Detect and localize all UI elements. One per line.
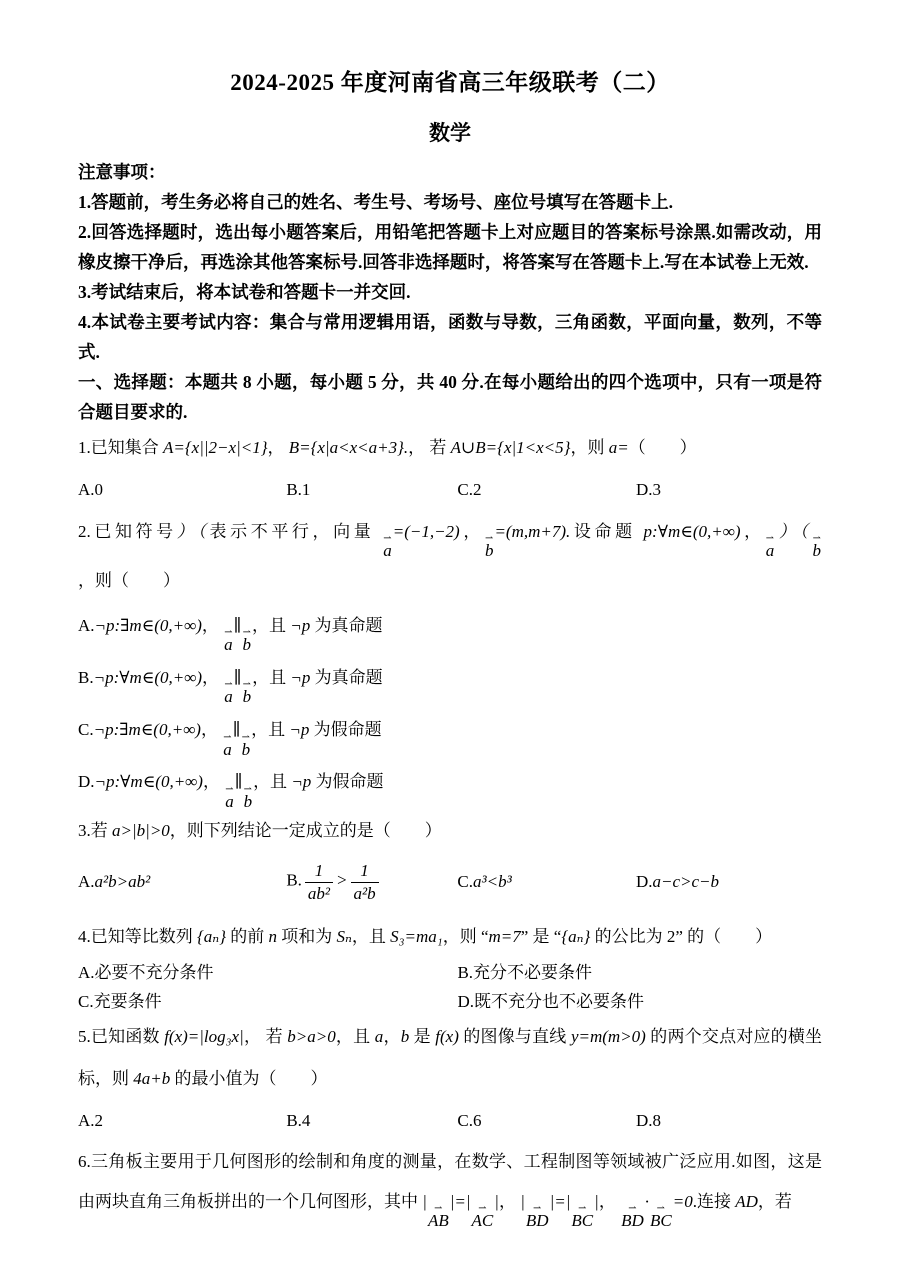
math-segment: ∥ <box>234 616 242 635</box>
text-segment: C. <box>78 720 94 739</box>
math-segment: a= <box>609 438 629 457</box>
text-segment: ，则 <box>570 438 608 457</box>
fraction-denominator: ab² <box>305 882 333 904</box>
text-segment: B. <box>78 668 94 687</box>
math-segment: 4a+b <box>133 1069 170 1088</box>
vector-AC: ⇀AC <box>472 1205 494 1230</box>
math-segment: a²b>ab² <box>95 872 151 891</box>
text-segment: 设命题 <box>570 522 643 541</box>
question-4-option-c: C.充要条件 <box>78 987 457 1016</box>
section-one-header: 一、选择题：本题共 8 小题，每小题 5 分，共 40 分.在每小题给出的四个选… <box>78 367 822 427</box>
math-segment: {aₙ} <box>197 927 226 946</box>
text-segment: ， 若 <box>408 438 451 457</box>
text-segment: ， <box>203 772 224 791</box>
question-4: 4.已知等比数列 {aₙ} 的前 n 项和为 Sₙ，且 S₃=ma₁，则 “m=… <box>78 916 822 1016</box>
vector-letters: BD <box>526 1212 549 1230</box>
math-segment: y=m(m>0) <box>571 1027 646 1046</box>
vector-b: ⇀b <box>242 734 251 759</box>
text-segment: ，若 <box>758 1192 792 1211</box>
math-segment: {aₙ} <box>561 927 590 946</box>
text-segment: ，则 “ <box>443 927 489 946</box>
question-5-option-c: C.6 <box>457 1100 636 1142</box>
question-5-option-d: D.8 <box>636 1100 822 1142</box>
text-segment: ，且 <box>252 668 290 687</box>
vector-letters: b <box>813 542 822 560</box>
math-segment: m=7 <box>489 927 521 946</box>
question-1: 1.已知集合 A={x||2−x|<1}， B={x|a<x<a+3}.， 若 … <box>78 427 822 511</box>
text-segment: 为真命题 <box>310 616 382 635</box>
math-segment: |=| <box>550 1192 571 1211</box>
vector-letters: b <box>243 688 252 706</box>
notice-header: 注意事项： <box>78 157 822 187</box>
vector-BC: ⇀BC <box>571 1205 593 1230</box>
text-segment: 是 <box>409 1027 435 1046</box>
text-segment: 5.已知函数 <box>78 1027 164 1046</box>
math-segment: | <box>520 1192 525 1211</box>
math-segment: | <box>422 1192 427 1211</box>
vector-a: ⇀a <box>224 629 233 654</box>
math-segment: · <box>645 1192 649 1211</box>
text-segment: 为假命题 <box>309 720 381 739</box>
question-6-stem: 6.三角板主要用于几何图形的绘制和角度的测量，在数学、工程制图等领域被广泛应用.… <box>78 1142 822 1230</box>
vector-letters: BC <box>650 1212 672 1230</box>
math-segment: ¬p:∃m∈(0,+∞) <box>94 720 201 739</box>
text-segment: 3.若 <box>78 821 112 840</box>
question-2-stem: 2.已知符号）（表示不平行，向量 ⇀a=(−1,−2)，⇀b=(m,m+7).设… <box>78 511 822 602</box>
question-2-option-d: D.¬p:∀m∈(0,+∞)， ⇀a∥⇀b，且 ¬p 为假命题 <box>78 758 822 810</box>
text-segment: ， 若 <box>244 1027 288 1046</box>
math-segment: a <box>375 1027 384 1046</box>
text-segment: 表示不平行，向量 <box>210 522 383 541</box>
text-segment: 项和为 <box>277 927 337 946</box>
question-1-option-b: B.1 <box>286 469 457 511</box>
vector-letters: a <box>224 688 233 706</box>
question-1-options: A.0 B.1 C.2 D.3 <box>78 469 822 511</box>
vector-letters: a <box>766 542 775 560</box>
text-segment: A. <box>78 872 95 891</box>
exam-subject-title: 数学 <box>78 117 822 147</box>
question-1-option-a: A.0 <box>78 469 286 511</box>
notice-section: 注意事项： 1.答题前，考生务必将自己的姓名、考生号、考场号、座位号填写在答题卡… <box>78 157 822 367</box>
vector-letters: a <box>223 741 232 759</box>
math-segment: ）（ <box>177 522 210 541</box>
question-3: 3.若 a>|b|>0，则下列结论一定成立的是（ ） A.a²b>ab² B.1… <box>78 810 822 916</box>
question-4-stem: 4.已知等比数列 {aₙ} 的前 n 项和为 Sₙ，且 S₃=ma₁，则 “m=… <box>78 916 822 958</box>
text-segment: ， <box>383 1027 400 1046</box>
fraction: 1a²b <box>351 860 379 904</box>
math-segment: ¬p <box>290 616 310 635</box>
math-segment: {x||2−x|<1} <box>185 438 268 457</box>
vector-AB: ⇀AB <box>428 1205 449 1230</box>
text-segment: ，则（ ） <box>78 571 180 590</box>
vector-a: ⇀a <box>223 734 232 759</box>
vector-b: ⇀b <box>243 629 252 654</box>
text-segment: A. <box>78 616 95 635</box>
question-4-option-b: B.充分不必要条件 <box>457 958 822 987</box>
vector-letters: BD <box>621 1212 644 1230</box>
vector-letters: b <box>485 542 494 560</box>
question-1-option-d: D.3 <box>636 469 822 511</box>
question-3-option-b: B.1ab²>1a²b <box>286 860 457 904</box>
math-segment: ∥ <box>235 772 243 791</box>
question-3-stem: 3.若 a>|b|>0，则下列结论一定成立的是（ ） <box>78 810 822 852</box>
vector-letters: a <box>224 636 233 654</box>
math-segment: ¬p <box>289 720 309 739</box>
question-4-options: A.必要不充分条件 B.充分不必要条件 C.充要条件 D.既不充分也不必要条件 <box>78 958 822 1016</box>
vector-letters: AC <box>472 1212 494 1230</box>
notice-item-1: 1.答题前，考生务必将自己的姓名、考生号、考场号、座位号填写在答题卡上. <box>78 187 822 217</box>
question-5-stem: 5.已知函数 f(x)=|log₃x|， 若 b>a>0，且 a，b 是 f(x… <box>78 1016 822 1100</box>
math-segment: A∪B={x|1<x<5} <box>451 438 571 457</box>
math-segment: =(m,m+7). <box>494 522 570 541</box>
question-3-option-d: D.a−c>c−b <box>636 871 822 894</box>
text-segment: ， <box>202 668 223 687</box>
text-segment: ， <box>741 522 765 541</box>
text-segment: ， <box>499 1192 520 1211</box>
vector-a: ⇀a <box>224 681 233 706</box>
vector-letters: b <box>242 741 251 759</box>
fraction-numerator: 1 <box>313 860 326 881</box>
question-5-option-a: A.2 <box>78 1100 286 1142</box>
text-segment: 2.已知符号 <box>78 522 177 541</box>
text-segment: ， <box>460 522 484 541</box>
fraction-numerator: 1 <box>358 860 371 881</box>
question-2-option-b: B.¬p:∀m∈(0,+∞)， ⇀a∥⇀b，且 ¬p 为真命题 <box>78 654 822 706</box>
text-segment: 的前 <box>226 927 269 946</box>
math-segment: AD <box>735 1192 758 1211</box>
text-segment: D. <box>636 872 653 891</box>
vector-BC: ⇀BC <box>650 1205 672 1230</box>
question-3-option-c: C.a³<b³ <box>457 871 636 894</box>
text-segment: D. <box>78 772 95 791</box>
text-segment: 的公比为 2” 的（ ） <box>590 927 772 946</box>
text-segment: ，则下列结论一定成立的是（ ） <box>170 821 442 840</box>
math-segment: ¬p:∃m∈(0,+∞) <box>95 616 202 635</box>
vector-b: ⇀b <box>243 681 252 706</box>
vector-letters: b <box>244 793 253 811</box>
text-segment: 的最小值为（ ） <box>170 1069 327 1088</box>
question-5: 5.已知函数 f(x)=|log₃x|， 若 b>a>0，且 a，b 是 f(x… <box>78 1016 822 1142</box>
question-4-option-a: A.必要不充分条件 <box>78 958 457 987</box>
question-3-option-a: A.a²b>ab² <box>78 871 286 894</box>
text-segment: C. <box>457 872 473 891</box>
text-segment: 1.已知集合 <box>78 438 163 457</box>
question-1-stem: 1.已知集合 A={x||2−x|<1}， B={x|a<x<a+3}.， 若 … <box>78 427 822 469</box>
text-segment: ，且 <box>352 927 390 946</box>
question-5-options: A.2 B.4 C.6 D.8 <box>78 1100 822 1142</box>
text-segment: ，且 <box>251 720 289 739</box>
math-segment: a−c>c−b <box>653 872 720 891</box>
text-segment: （ ） <box>629 438 697 457</box>
vector-b: ⇀b <box>485 535 494 560</box>
math-segment: ∥ <box>233 720 241 739</box>
text-segment: .连接 <box>693 1192 736 1211</box>
question-4-option-d: D.既不充分也不必要条件 <box>457 987 822 1016</box>
math-segment: a³<b³ <box>473 872 512 891</box>
math-segment: =(−1,−2) <box>393 522 460 541</box>
math-segment: b>a>0 <box>287 1027 335 1046</box>
math-segment: Sₙ <box>337 927 352 946</box>
vector-letters: a <box>383 542 392 560</box>
math-segment: n <box>269 927 278 946</box>
question-2-option-a: A.¬p:∃m∈(0,+∞)， ⇀a∥⇀b，且 ¬p 为真命题 <box>78 602 822 654</box>
fraction: 1ab² <box>305 860 333 904</box>
math-segment: B={x|a<x<a+3}. <box>289 438 408 457</box>
math-segment: ∥ <box>234 668 242 687</box>
question-5-option-b: B.4 <box>286 1100 457 1142</box>
vector-letters: AB <box>428 1212 449 1230</box>
notice-item-3: 3.考试结束后，将本试卷和答题卡一并交回. <box>78 277 822 307</box>
vector-letters: BC <box>571 1212 593 1230</box>
math-segment: |=| <box>450 1192 471 1211</box>
vector-BD: ⇀BD <box>526 1205 549 1230</box>
vector-b: ⇀b <box>244 786 253 811</box>
vector-a: ⇀a <box>383 535 392 560</box>
math-segment: f(x)=|log₃x| <box>164 1027 244 1046</box>
text-segment: ， <box>268 438 289 457</box>
vector-BD: ⇀BD <box>621 1205 644 1230</box>
math-segment: =0 <box>673 1192 693 1211</box>
math-segment: ）（ <box>775 522 811 541</box>
vector-letters: a <box>225 793 234 811</box>
vector-b: ⇀b <box>813 535 822 560</box>
question-6: 6.三角板主要用于几何图形的绘制和角度的测量，在数学、工程制图等领域被广泛应用.… <box>78 1142 822 1230</box>
math-segment: a>|b|>0 <box>112 821 170 840</box>
text-segment: ” 是 “ <box>521 927 562 946</box>
text-segment: ，且 <box>252 616 290 635</box>
question-3-options: A.a²b>ab² B.1ab²>1a²b C.a³<b³ D.a−c>c−b <box>78 852 822 916</box>
math-segment: ¬p <box>291 772 311 791</box>
math-segment: ¬p <box>290 668 310 687</box>
fraction-denominator: a²b <box>351 882 379 904</box>
text-segment: 为假命题 <box>311 772 383 791</box>
text-segment: ， <box>202 616 223 635</box>
question-2-option-c: C.¬p:∃m∈(0,+∞)， ⇀a∥⇀b，且 ¬p 为假命题 <box>78 706 822 758</box>
question-2: 2.已知符号）（表示不平行，向量 ⇀a=(−1,−2)，⇀b=(m,m+7).设… <box>78 511 822 810</box>
math-segment: > <box>336 871 347 890</box>
math-segment: S₃=ma₁ <box>390 927 443 946</box>
text-segment: ， <box>599 1192 620 1211</box>
math-segment: ¬p:∀m∈(0,+∞) <box>95 772 203 791</box>
math-segment: ¬p:∀m∈(0,+∞) <box>94 668 202 687</box>
notice-item-4: 4.本试卷主要考试内容：集合与常用逻辑用语，函数与导数，三角函数，平面向量，数列… <box>78 307 822 367</box>
math-segment: b <box>401 1027 410 1046</box>
text-segment: ，且 <box>253 772 291 791</box>
exam-title: 2024-2025 年度河南省高三年级联考（二） <box>78 64 822 97</box>
notice-item-2: 2.回答选择题时，选出每小题答案后，用铅笔把答题卡上对应题目的答案标号涂黑.如需… <box>78 217 822 277</box>
vector-a: ⇀a <box>766 535 775 560</box>
text-segment: 的图像与直线 <box>459 1027 571 1046</box>
text-segment: ， <box>201 720 222 739</box>
text-segment: B. <box>286 871 302 890</box>
math-segment: f(x) <box>435 1027 459 1046</box>
math-segment: A= <box>163 438 185 457</box>
math-segment: p:∀m∈(0,+∞) <box>644 522 741 541</box>
text-segment: ，且 <box>336 1027 375 1046</box>
text-segment: 4.已知等比数列 <box>78 927 197 946</box>
text-segment: 为真命题 <box>310 668 382 687</box>
exam-paper-page: 2024-2025 年度河南省高三年级联考（二） 数学 注意事项： 1.答题前，… <box>0 0 900 1230</box>
vector-letters: b <box>243 636 252 654</box>
question-1-option-c: C.2 <box>457 469 636 511</box>
vector-a: ⇀a <box>225 786 234 811</box>
